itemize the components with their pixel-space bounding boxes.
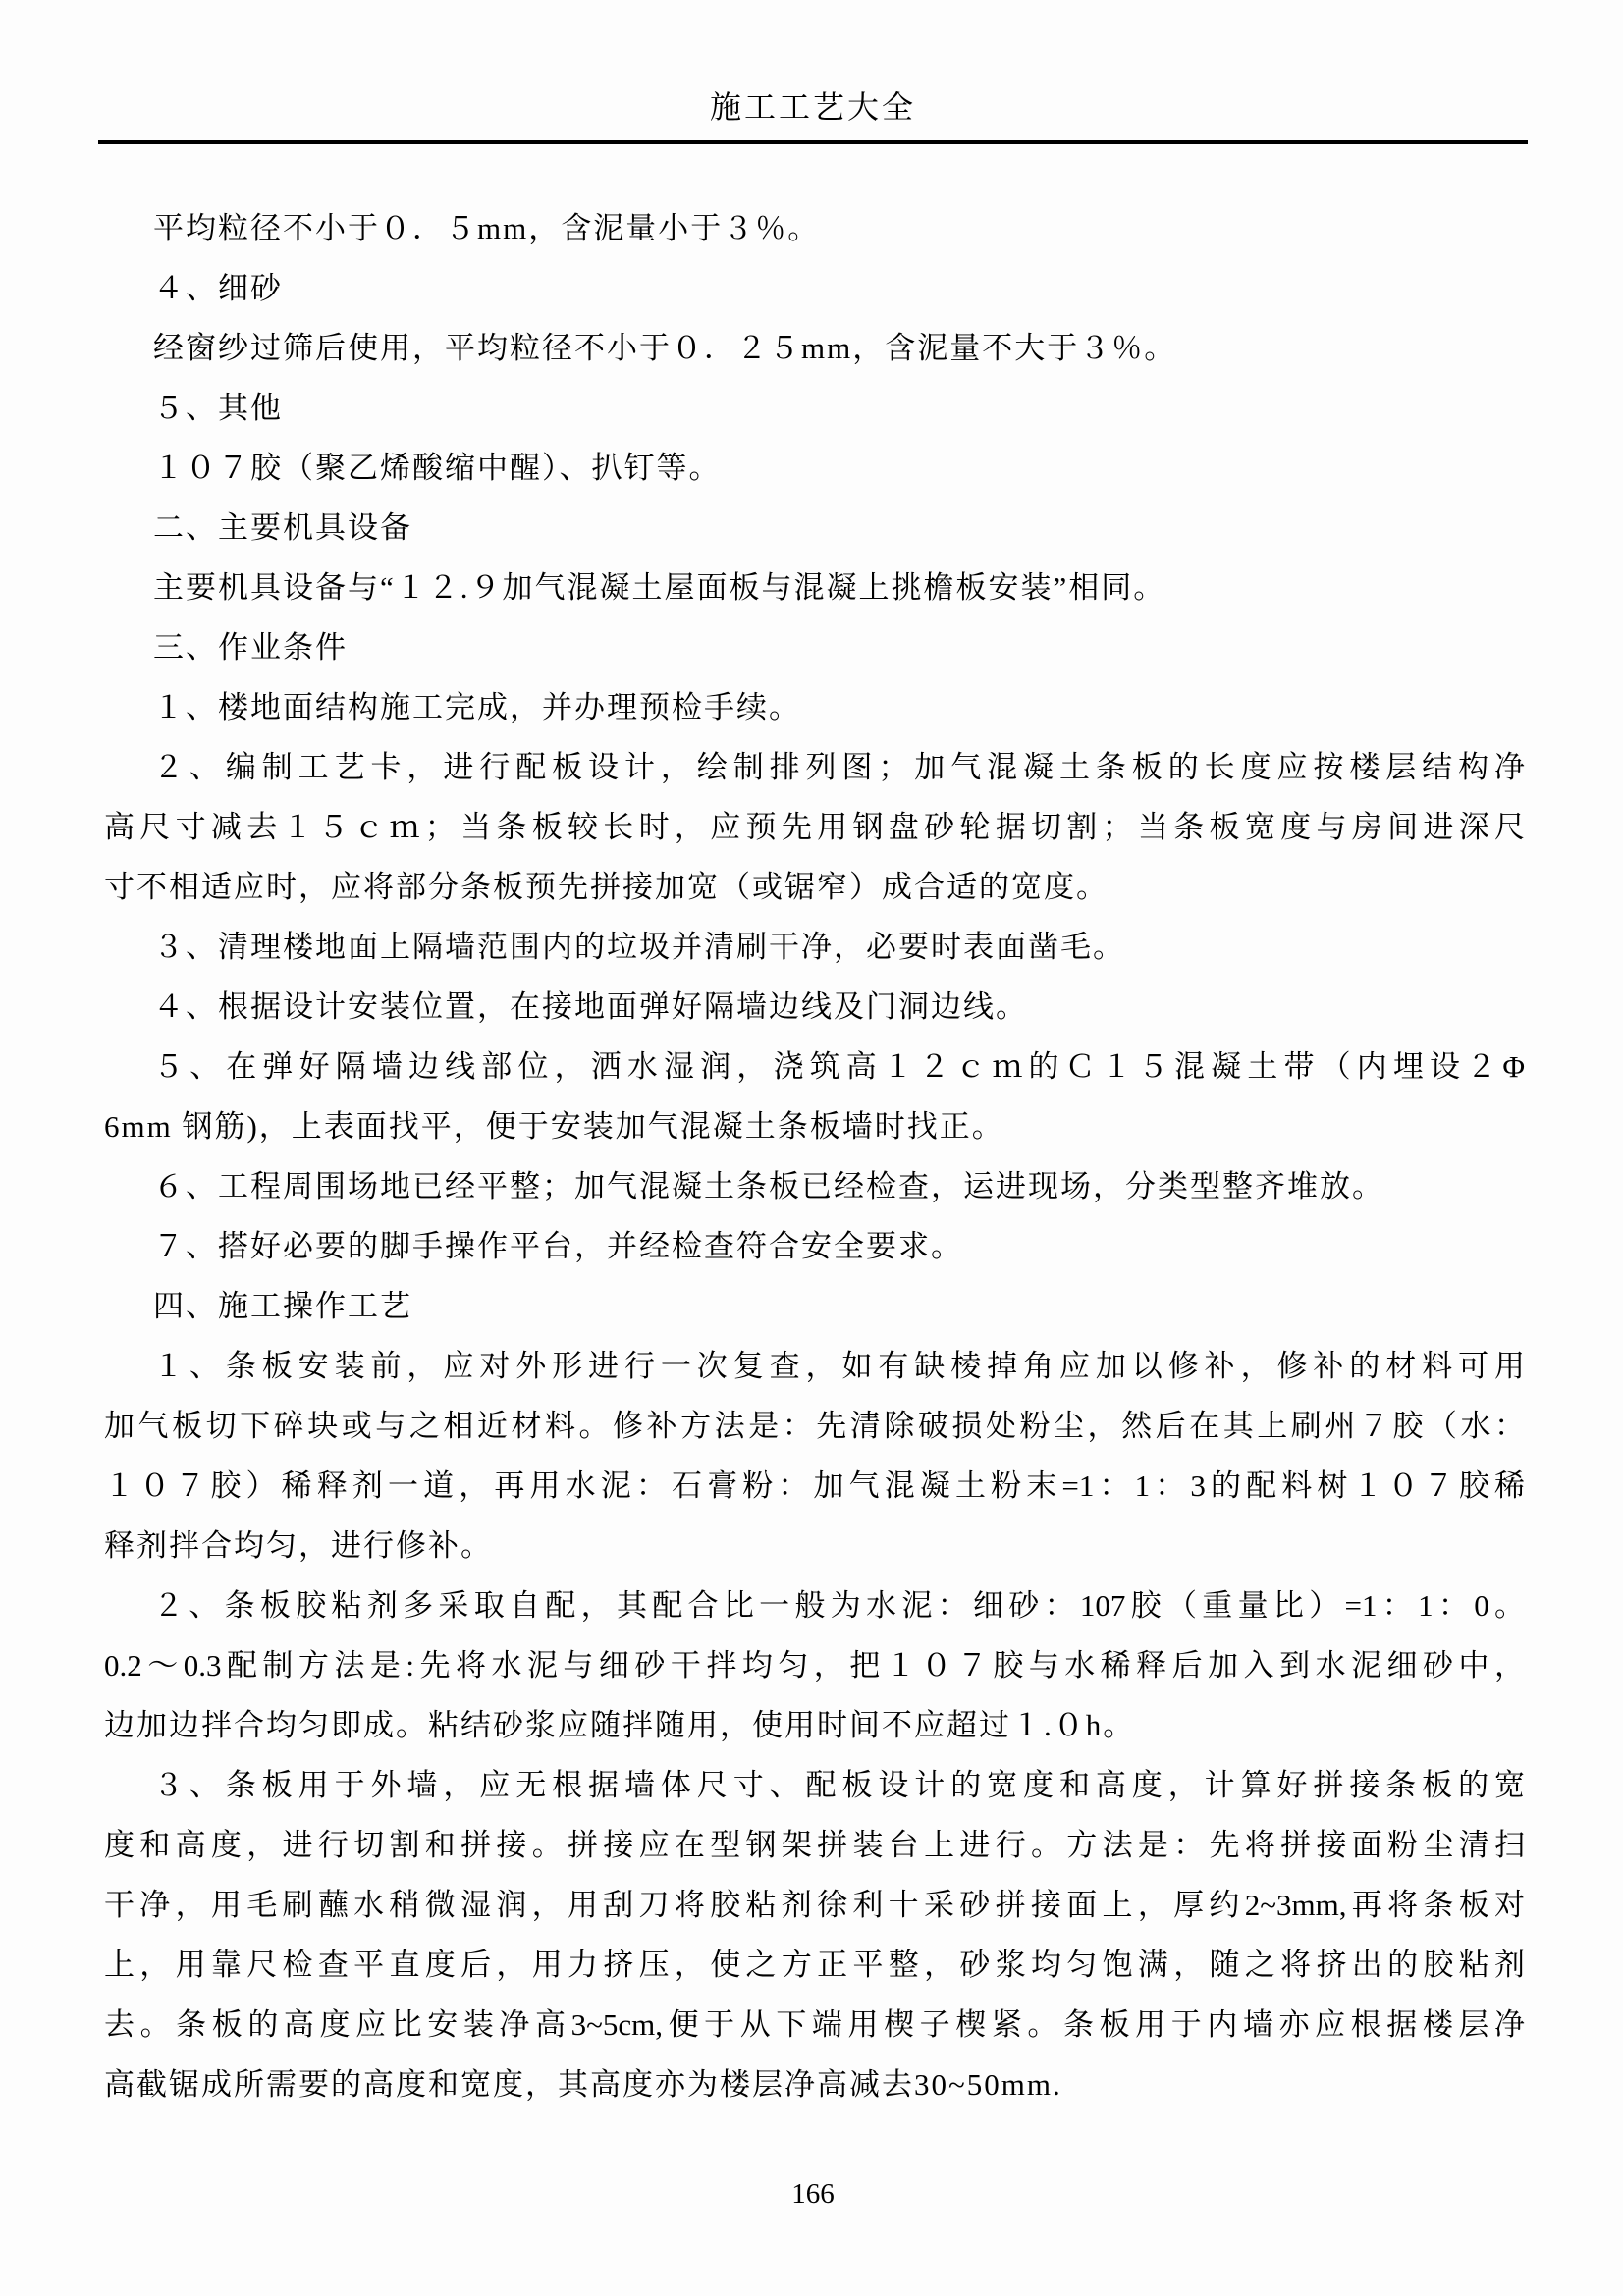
text-line: 加气板切下碎块或与之相近材料。修补方法是：先清除破损处粉尘，然后在其上刷州７胶（… [104,1396,1525,1456]
page-header-title: 施工工艺大全 [98,88,1528,126]
text-line: 寸不相适应时，应将部分条板预先拼接加宽（或锯窄）成合适的宽度。 [104,857,1525,917]
text-line: 6mm 钢筋)，上表面找平，便于安装加气混凝土条板墙时找正。 [104,1096,1525,1156]
text-line: ５、其他 [104,378,1525,438]
text-line: 二、主要机具设备 [104,498,1525,558]
text-line: 高截锯成所需要的高度和宽度，其高度亦为楼层净高减去30~50mm. [104,2055,1525,2114]
text-line: １０７胶（聚乙烯酸缩中醒）、扒钉等。 [104,438,1525,498]
text-line: 干净，用毛刷蘸水稍微湿润，用刮刀将胶粘剂徐利十采砂拼接面上，厚约2~3mm,再将… [104,1875,1525,1935]
text-line: ６、工程周围场地已经平整；加气混凝土条板已经检查，运进现场，分类型整齐堆放。 [104,1156,1525,1216]
text-line: ３、条板用于外墙，应无根据墙体尺寸、配板设计的宽度和高度，计算好拼接条板的宽 [104,1755,1525,1815]
header-divider [98,140,1528,144]
text-line: 度和高度，进行切割和拼接。拼接应在型钢架拼装台上进行。方法是：先将拼接面粉尘清扫 [104,1815,1525,1875]
text-line: 0.2～0.3配制方法是:先将水泥与细砂干拌均匀，把１０７胶与水稀释后加入到水泥… [104,1635,1525,1695]
text-line: 边加边拌合均匀即成。粘结砂浆应随拌随用，使用时间不应超过１.０h。 [104,1695,1525,1755]
text-line: ７、搭好必要的脚手操作平台，并经检查符合安全要求。 [104,1216,1525,1276]
text-line: ５、在弹好隔墙边线部位，洒水湿润，浇筑高１２ｃｍ的Ｃ１５混凝土带（内埋设２Φ [104,1037,1525,1096]
document-body: 平均粒径不小于０．５mm，含泥量小于３％。４、细砂经窗纱过筛后使用，平均粒径不小… [104,198,1525,2114]
text-line: 经窗纱过筛后使用，平均粒径不小于０．２５mm，含泥量不大于３％。 [104,318,1525,378]
text-line: ２、条板胶粘剂多采取自配，其配合比一般为水泥：细砂：107胶（重量比）=1：1：… [104,1575,1525,1635]
text-line: １、楼地面结构施工完成，并办理预检手续。 [104,677,1525,737]
text-line: 三、作业条件 [104,617,1525,677]
text-line: ３、清理楼地面上隔墙范围内的垃圾并清刷干净，必要时表面凿毛。 [104,917,1525,977]
text-line: ４、根据设计安装位置，在接地面弹好隔墙边线及门洞边线。 [104,977,1525,1037]
text-line: １、条板安装前，应对外形进行一次复查，如有缺棱掉角应加以修补，修补的材料可用 [104,1336,1525,1396]
text-line: ４、细砂 [104,258,1525,318]
document-page: 施工工艺大全 平均粒径不小于０．５mm，含泥量小于３％。４、细砂经窗纱过筛后使用… [0,0,1623,2296]
text-line: 释剂拌合均匀，进行修补。 [104,1516,1525,1575]
text-line: 去。条板的高度应比安装净高3~5cm,便于从下端用楔子楔紧。条板用于内墙亦应根据… [104,1995,1525,2055]
text-line: 主要机具设备与“１２.９加气混凝土屋面板与混凝上挑檐板安装”相同。 [104,558,1525,617]
text-line: 平均粒径不小于０．５mm，含泥量小于３％。 [104,198,1525,258]
text-line: 高尺寸减去１５ｃｍ；当条板较长时，应预先用钢盘砂轮据切割；当条板宽度与房间进深尺 [104,797,1525,857]
text-line: １０７胶）稀释剂一道，再用水泥：石膏粉：加气混凝土粉末=1：1：3的配料树１０７… [104,1456,1525,1516]
text-line: 上，用靠尺检查平直度后，用力挤压，使之方正平整，砂浆均匀饱满，随之将挤出的胶粘剂 [104,1935,1525,1995]
text-line: 四、施工操作工艺 [104,1276,1525,1336]
page-number: 166 [98,2174,1528,2214]
text-line: ２、编制工艺卡，进行配板设计，绘制排列图；加气混凝土条板的长度应按楼层结构净 [104,737,1525,797]
